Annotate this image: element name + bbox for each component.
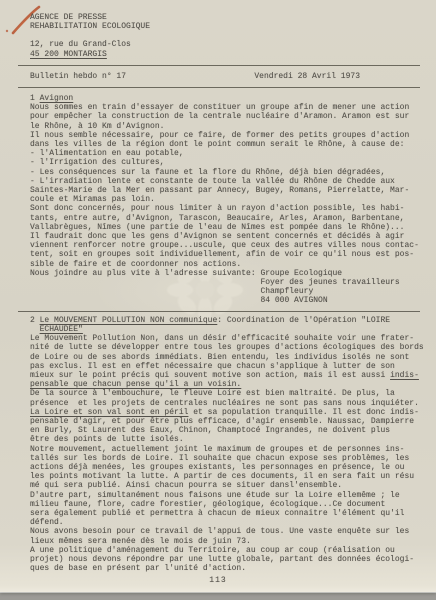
text-segment: Nous joindre au plus vite à l'adresse su…	[30, 269, 342, 278]
text-line: être des points de lutte isolés.	[30, 435, 422, 444]
page-number: 113	[30, 576, 406, 585]
text-line: pas exclus. Il est en effet nécessaire q…	[30, 362, 422, 371]
text-line: Sont donc concernés, pour nous limiter à…	[30, 204, 422, 213]
spacer	[30, 31, 422, 40]
text-segment: lieux mêmes sera menée dès le mois de ju…	[30, 537, 251, 546]
text-line: De la source à l'embouchure, le fleuve L…	[30, 389, 422, 398]
text-line: sera également publié et permettra à cha…	[30, 509, 422, 518]
text-segment: présence et les projets de centrales nuc…	[30, 399, 419, 408]
underlined-text-segment: La Loire et son val sont en péril	[30, 408, 188, 417]
text-line: présence et les projets de centrales nuc…	[30, 399, 422, 408]
text-line: - l'Alimentation en eau potable,	[30, 149, 422, 158]
text-segment: Nous sommes en train d'essayer de consti…	[30, 103, 409, 112]
text-segment: : Coordination de l'Opération "LOIRE	[217, 316, 390, 325]
text-line: Notre mouvement, actuellement joint le m…	[30, 445, 422, 454]
text-segment: nité de lutte se développer entre tous l…	[30, 343, 424, 352]
text-line: sible de faire et de coordonner nos acti…	[30, 260, 422, 269]
org-name-line2: REHABILITATION ECOLOGIQUE	[30, 22, 422, 31]
text-segment: le Rhône, à 10 Km d'Avignon.	[30, 122, 164, 131]
text-segment: mé qui sera publié. Ainsi chacun pourra …	[30, 481, 342, 490]
text-line: La Loire et son val sont en péril et sa …	[30, 408, 422, 417]
text-segment: - Les conséquences sur la faune et la fl…	[30, 168, 385, 177]
text-segment: mieux sur le point précis qui souvent mo…	[30, 371, 390, 380]
text-segment: dans les villes de la région dont le poi…	[30, 140, 404, 149]
bulletin-number-label: Bulletin hebdo n° 17	[30, 72, 126, 81]
text-segment: tallés sur les bords de Loire. Il souhai…	[30, 454, 409, 463]
text-segment: de Loire ou de ses abords immédiats. Bie…	[30, 353, 409, 362]
text-segment: défend.	[30, 518, 64, 527]
text-line: dans les villes de la région dont le poi…	[30, 140, 422, 149]
text-segment: actions déjà menées, les groupes existan…	[30, 463, 404, 472]
section-1-heading: 1 Avignon	[30, 94, 422, 103]
text-line: lieux mêmes sera menée dès le mois de ju…	[30, 537, 422, 546]
org-address-street: 12, rue du Grand-Clos	[30, 40, 422, 49]
text-line: Foyer des jeunes travailleurs	[30, 278, 422, 287]
text-segment: 84 000 AVIGNON	[30, 296, 328, 305]
underlined-text-segment: ÉCHAUDÉE"	[40, 325, 83, 334]
text-segment: milieu faune, flore, cadre forestier, gé…	[30, 500, 385, 509]
underlined-text-segment: Avignon	[40, 94, 74, 103]
org-address-city-text: 45 200 MONTARGIS	[30, 50, 107, 59]
text-segment: projet) nous devons répondre par une lut…	[30, 555, 414, 564]
text-segment	[30, 325, 40, 334]
text-segment: Champfleury	[30, 287, 313, 296]
text-segment: ques de base en présent par l'unité d'ac…	[30, 564, 246, 573]
underlined-text-segment: indis-	[390, 371, 419, 380]
text-line: pensable que chacun pense qu'il a un voi…	[30, 380, 422, 389]
text-line: actions déjà menées, les groupes existan…	[30, 463, 422, 472]
text-segment: Il faudrait donc que les gens d'Avignon …	[30, 232, 404, 241]
org-address-city: 45 200 MONTARGIS	[30, 50, 422, 59]
scan-background: { "page": { "footer_page_number": "113" …	[0, 0, 436, 600]
text-segment: sible de faire et de coordonner nos acti…	[30, 260, 241, 269]
divider-section	[18, 311, 420, 312]
text-line: défend.	[30, 518, 422, 527]
text-segment: les points motivant la lutte. A partir d…	[30, 472, 414, 481]
text-segment: Le Mouvement Pollution Non, dans un dési…	[30, 334, 414, 343]
letterhead: AGENCE DE PRESSE REHABILITATION ECOLOGIQ…	[30, 13, 422, 59]
text-line: Champfleury	[30, 287, 422, 296]
bulletin-info-row: Bulletin hebdo n° 17 Vendredi 28 Avril 1…	[30, 72, 422, 81]
text-segment: pour empêcher la construction de la cent…	[30, 112, 409, 121]
text-line: Vallabrègues, Nîmes (une partie de l'eau…	[30, 223, 422, 232]
text-segment: pas exclus. Il est en effet nécessaire q…	[30, 362, 395, 371]
text-line: ques de base en présent par l'unité d'ac…	[30, 564, 422, 573]
text-line: tallés sur les bords de Loire. Il souhai…	[30, 454, 422, 463]
text-line: mieux sur le point précis qui souvent mo…	[30, 371, 422, 380]
section-2-heading: 2 Le MOUVEMENT POLLUTION NON communique:…	[30, 316, 422, 325]
text-line: le Rhône, à 10 Km d'Avignon.	[30, 122, 422, 131]
text-line: tants, entre autre, d'Avignon, Tarascon,…	[30, 214, 422, 223]
text-line: Il nous semble nécessaire, pour ce faire…	[30, 131, 422, 140]
text-segment: et sa population tranquille. Il est donc…	[188, 408, 418, 417]
section-2-heading: ÉCHAUDÉE"	[30, 325, 422, 334]
text-segment: Foyer des jeunes travailleurs	[30, 278, 400, 287]
divider-top	[18, 65, 420, 66]
text-segment: - L'irradiation lente et constante de to…	[30, 177, 395, 186]
text-segment: tent, soit en groupes soit individuellem…	[30, 250, 414, 259]
text-line: 84 000 AVIGNON	[30, 296, 422, 305]
text-line: de Loire ou de ses abords immédiats. Bie…	[30, 353, 422, 362]
text-line: Nous avons besoin pour ce travail de l'a…	[30, 527, 422, 536]
text-line: Saintes-Marie de la Mer en passant par A…	[30, 186, 422, 195]
text-line: en Burly, St Laurent des Eaux, Chinon, C…	[30, 426, 422, 435]
text-segment: en Burly, St Laurent des Eaux, Chinon, C…	[30, 426, 390, 435]
text-segment: De la source à l'embouchure, le fleuve L…	[30, 389, 395, 398]
text-line: - l'Irrigation des cultures,	[30, 158, 422, 167]
text-line: tent, soit en groupes soit individuellem…	[30, 250, 422, 259]
text-segment: tants, entre autre, d'Avignon, Tarascon,…	[30, 214, 404, 223]
text-line: projet) nous devons répondre par une lut…	[30, 555, 422, 564]
document-page: AGENCE DE PRESSE REHABILITATION ECOLOGIQ…	[0, 0, 436, 592]
text-segment: Sont donc concernés, pour nous limiter à…	[30, 204, 404, 213]
org-name-line1: AGENCE DE PRESSE	[30, 13, 422, 22]
underlined-text-segment: Le MOUVEMENT POLLUTION NON communique	[40, 316, 218, 325]
text-line: A une politique d'aménagement du Territo…	[30, 546, 422, 555]
text-line: viennent renforcer notre groupe...uscule…	[30, 241, 422, 250]
text-segment: - l'Alimentation en eau potable,	[30, 149, 184, 158]
text-segment: coule et Miramas pas loin.	[30, 195, 155, 204]
divider-header	[18, 87, 420, 88]
text-segment: Saintes-Marie de la Mer en passant par A…	[30, 186, 409, 195]
bulletin-date: Vendredi 28 Avril 1973	[254, 72, 360, 81]
text-segment: 1	[30, 94, 40, 103]
document-body: 1 AvignonNous sommes en train d'essayer …	[30, 94, 422, 573]
text-segment: être des points de lutte isolés.	[30, 435, 184, 444]
text-line: - Les conséquences sur la faune et la fl…	[30, 168, 422, 177]
text-line: - L'irradiation lente et constante de to…	[30, 177, 422, 186]
text-line: pensable d'agir, et pour être plus effic…	[30, 417, 422, 426]
text-segment: pensable d'agir, et pour être plus effic…	[30, 417, 414, 426]
underlined-text-segment: pensable que chacun pense qu'il a un voi…	[30, 380, 241, 389]
text-line: pour empêcher la construction de la cent…	[30, 112, 422, 121]
text-segment: viennent renforcer notre groupe...uscule…	[30, 241, 419, 250]
text-line: Nous joindre au plus vite à l'adresse su…	[30, 269, 422, 278]
text-line: mé qui sera publié. Ainsi chacun pourra …	[30, 481, 422, 490]
text-segment: D'autre part, simultanément nous faisons…	[30, 491, 400, 500]
text-line: les points motivant la lutte. A partir d…	[30, 472, 422, 481]
text-line: coule et Miramas pas loin.	[30, 195, 422, 204]
text-segment: Vallabrègues, Nîmes (une partie de l'eau…	[30, 223, 404, 232]
text-line: D'autre part, simultanément nous faisons…	[30, 491, 422, 500]
text-segment: - l'Irrigation des cultures,	[30, 158, 164, 167]
section-2: 2 Le MOUVEMENT POLLUTION NON communique:…	[30, 316, 422, 574]
text-line: nité de lutte se développer entre tous l…	[30, 343, 422, 352]
text-segment: 2	[30, 316, 40, 325]
section-1: 1 AvignonNous sommes en train d'essayer …	[30, 94, 422, 306]
text-line: milieu faune, flore, cadre forestier, gé…	[30, 500, 422, 509]
text-segment: sera également publié et permettra à cha…	[30, 509, 404, 518]
document-content: AGENCE DE PRESSE REHABILITATION ECOLOGIQ…	[0, 0, 436, 586]
text-line: Le Mouvement Pollution Non, dans un dési…	[30, 334, 422, 343]
text-line: Nous sommes en train d'essayer de consti…	[30, 103, 422, 112]
text-line: Il faudrait donc que les gens d'Avignon …	[30, 232, 422, 241]
text-segment: Il nous semble nécessaire, pour ce faire…	[30, 131, 409, 140]
text-segment: Notre mouvement, actuellement joint le m…	[30, 445, 404, 454]
text-segment: A une politique d'aménagement du Territo…	[30, 546, 395, 555]
text-segment: Nous avons besoin pour ce travail de l'a…	[30, 527, 409, 536]
